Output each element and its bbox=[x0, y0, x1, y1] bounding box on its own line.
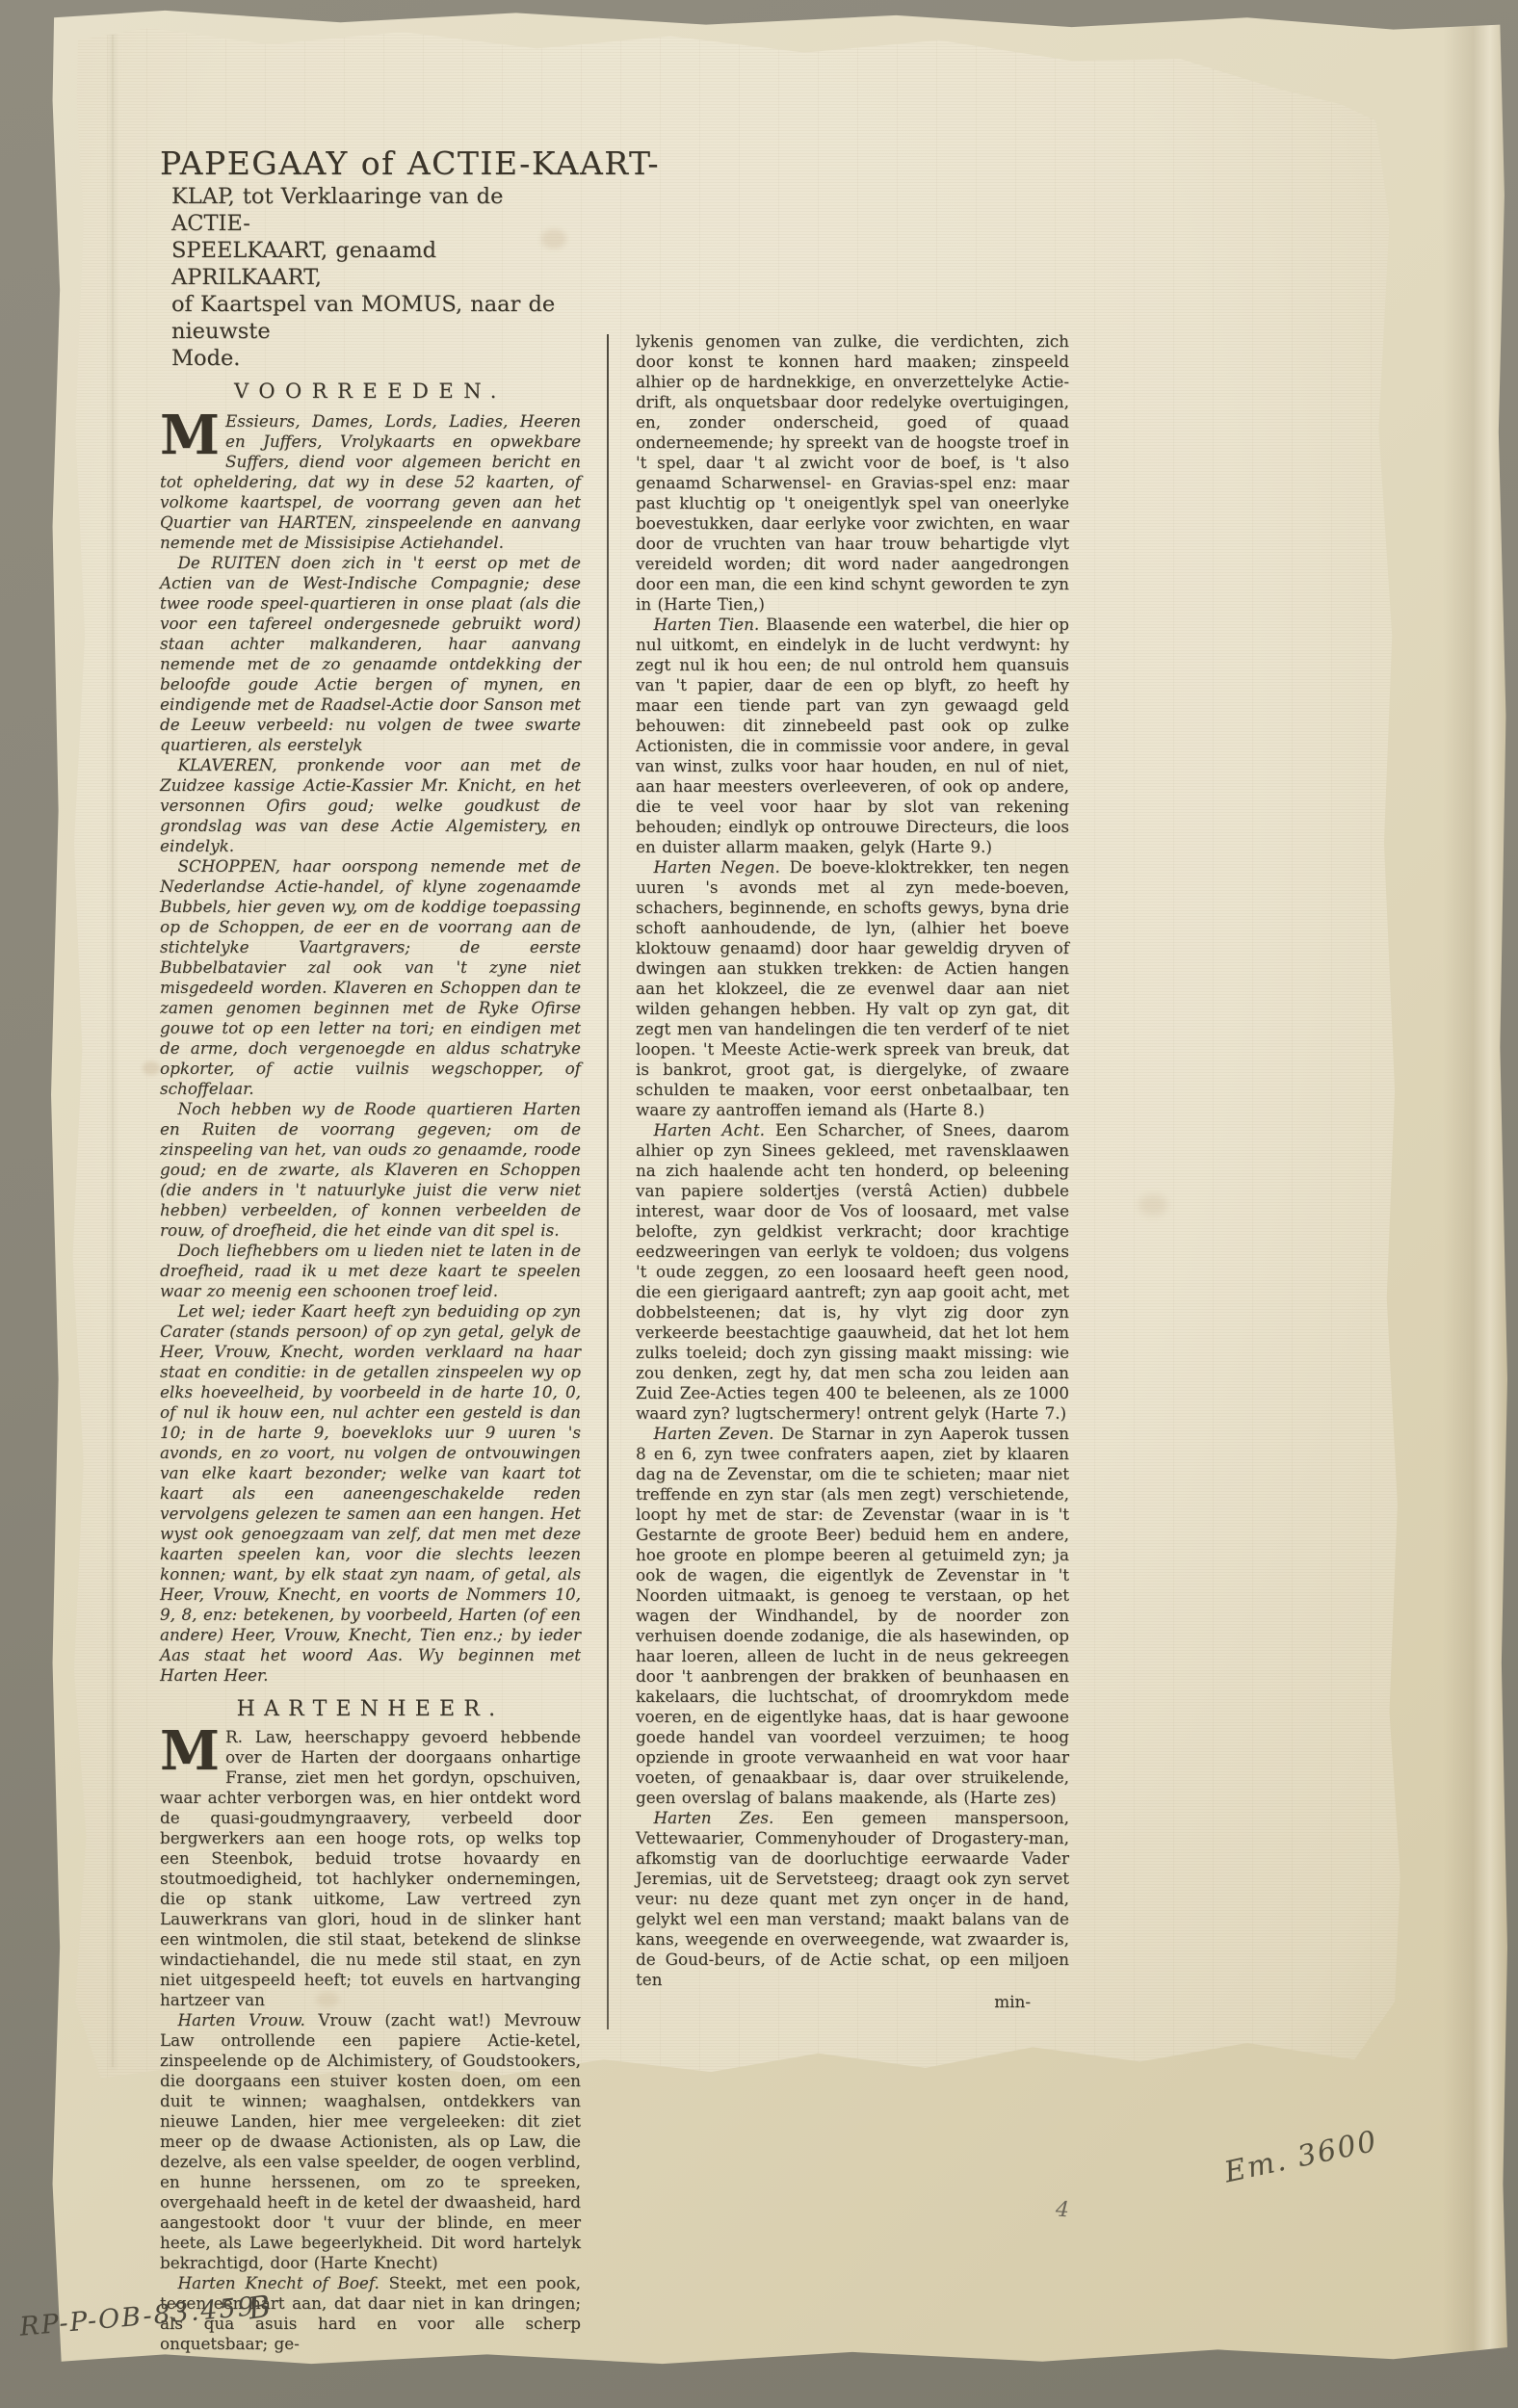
paragraph: Let wel; ieder Kaart heeft zyn beduiding… bbox=[160, 1301, 581, 1686]
paragraph-text: De boeve-kloktrekker, ten negen uuren 's… bbox=[636, 857, 1069, 1119]
left-column: PAPEGAAY of ACTIE-KAART- KLAP, tot Verkl… bbox=[160, 144, 581, 2354]
paragraph: SCHOPPEN, haar oorspong nemende met de N… bbox=[160, 856, 581, 1099]
paragraph-lead: Harten Zeven. bbox=[653, 1424, 781, 1443]
preface-paragraphs: MEssieurs, Dames, Lords, Ladies, Heeren … bbox=[160, 411, 581, 1686]
paragraph-text: Een gemeen manspersoon, Vettewaarier, Co… bbox=[636, 1808, 1069, 1989]
column-divider-rule bbox=[607, 334, 609, 2029]
paragraph: Harten Tien. Blaasende een waterbel, die… bbox=[636, 615, 1069, 857]
document-title: PAPEGAAY of ACTIE-KAART- KLAP, tot Verkl… bbox=[160, 144, 581, 372]
preface-heading: VOORREEDEN. bbox=[160, 381, 581, 402]
paragraph-lead: Harten Negen. bbox=[653, 857, 789, 877]
drop-cap: M bbox=[160, 411, 225, 457]
paragraph-text: De RUITEN doen zich in 't eerst op met d… bbox=[160, 553, 581, 754]
title-line: PAPEGAAY of ACTIE-KAART- bbox=[160, 144, 581, 183]
paragraph: Doch liefhebbers om u lieden niet te lat… bbox=[160, 1241, 581, 1301]
paragraph-text: Blaasende een waterbel, die hier op nul … bbox=[636, 615, 1069, 856]
paragraph-lead: Harten Knecht of Boef. bbox=[177, 2273, 388, 2292]
drop-cap: M bbox=[160, 1727, 225, 1772]
harten-left-paragraphs: MR. Law, heerschappy gevoerd hebbende ov… bbox=[160, 1727, 581, 2354]
catchword: min- bbox=[636, 1992, 1069, 2012]
title-line: of Kaartspel van MOMUS, naar de nieuwste bbox=[171, 291, 581, 345]
title-line: Mode. bbox=[171, 345, 581, 372]
paragraph-text: lykenis genomen van zulke, die verdichte… bbox=[636, 331, 1069, 614]
paragraph: De RUITEN doen zich in 't eerst op met d… bbox=[160, 553, 581, 755]
paragraph: Harten Acht. Een Scharcher, of Snees, da… bbox=[636, 1120, 1069, 1424]
paragraph-text: Noch hebben wy de Roode quartieren Harte… bbox=[160, 1099, 581, 1240]
paragraph: Harten Negen. De boeve-kloktrekker, ten … bbox=[636, 857, 1069, 1120]
paragraph: Harten Zes. Een gemeen manspersoon, Vett… bbox=[636, 1808, 1069, 1990]
paragraph: MR. Law, heerschappy gevoerd hebbende ov… bbox=[160, 1727, 581, 2010]
paragraph-text: Doch liefhebbers om u lieden niet te lat… bbox=[160, 1241, 581, 1300]
paragraph-lead: Harten Zes. bbox=[653, 1808, 801, 1827]
paragraph-text: De Starnar in zyn Aaperok tussen 8 en 6,… bbox=[636, 1424, 1069, 1807]
paragraph-lead: Harten Vrouw. bbox=[177, 2010, 318, 2029]
paragraph: Harten Zeven. De Starnar in zyn Aaperok … bbox=[636, 1424, 1069, 1808]
paragraph-text: Vrouw (zacht wat!) Mevrouw Law ontrollen… bbox=[160, 2010, 581, 2272]
page-text: PAPEGAAY of ACTIE-KAART- KLAP, tot Verkl… bbox=[0, 0, 1518, 2408]
paragraph: KLAVEREN, pronkende voor aan met de Zuid… bbox=[160, 755, 581, 856]
right-column: lykenis genomen van zulke, die verdichte… bbox=[636, 331, 1069, 2012]
corner-pencil-mark: 4 bbox=[1055, 2198, 1069, 2223]
paragraph: Harten Vrouw. Vrouw (zacht wat!) Mevrouw… bbox=[160, 2010, 581, 2273]
paragraph-text: KLAVEREN, pronkende voor aan met de Zuid… bbox=[160, 755, 581, 855]
paragraph: lykenis genomen van zulke, die verdichte… bbox=[636, 331, 1069, 615]
accession-suffix-inscription: B bbox=[247, 2290, 274, 2327]
paragraph-lead: Harten Tien. bbox=[653, 615, 766, 634]
title-line: KLAP, tot Verklaaringe van de ACTIE- bbox=[171, 183, 581, 237]
paragraph-text: Een Scharcher, of Snees, daarom alhier o… bbox=[636, 1120, 1069, 1423]
title-line: SPEELKAART, genaamd APRILKAART, bbox=[171, 237, 581, 291]
paragraph: Noch hebben wy de Roode quartieren Harte… bbox=[160, 1099, 581, 1241]
paragraph-text: SCHOPPEN, haar oorspong nemende met de N… bbox=[160, 856, 581, 1098]
paragraph: MEssieurs, Dames, Lords, Ladies, Heeren … bbox=[160, 411, 581, 553]
paragraph-lead: Harten Acht. bbox=[653, 1120, 774, 1139]
right-paragraphs: lykenis genomen van zulke, die verdichte… bbox=[636, 331, 1069, 1990]
paragraph-text: Let wel; ieder Kaart heeft zyn beduiding… bbox=[160, 1301, 581, 1685]
harten-heer-heading: HARTENHEER. bbox=[160, 1699, 581, 1719]
